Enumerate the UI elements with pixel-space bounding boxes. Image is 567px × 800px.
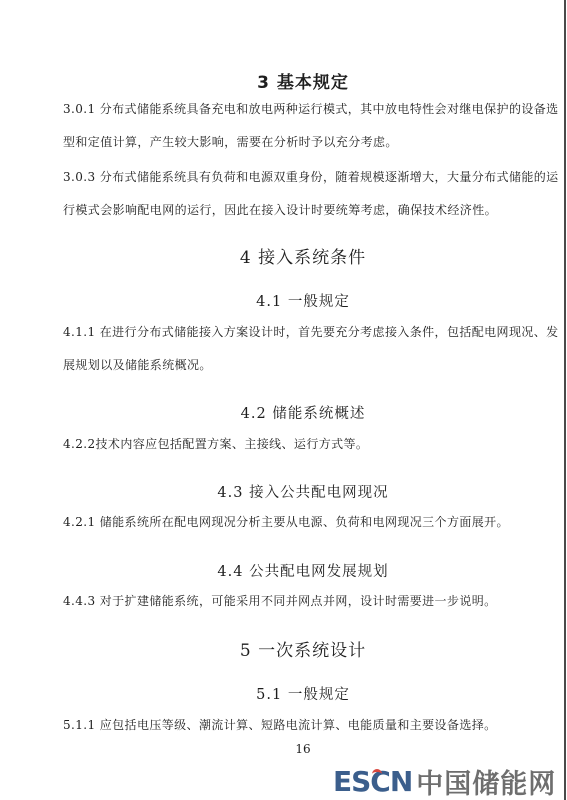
para-4-2-2: 4.2.2技术内容应包括配置方案、主接线、运行方式等。 xyxy=(63,437,523,451)
subsection-4-4-heading: 4.4 公共配电网发展规划 xyxy=(63,560,543,581)
subsection-4-3-heading: 4.3 接入公共配电网现况 xyxy=(63,481,543,502)
para-3-0-3-line2: 行模式会影响配电网的运行，因此在接入设计时要统筹考虑，确保技术经济性。 xyxy=(63,203,523,217)
para-3-0-1-line2: 型和定值计算，产生较大影响，需要在分析时予以充分考虑。 xyxy=(63,135,523,149)
subsection-4-1-heading: 4.1 一般规定 xyxy=(63,290,543,311)
section-4-heading: 4 接入系统条件 xyxy=(63,243,543,268)
para-3-0-3-line1: 3.0.3 分布式储能系统具有负荷和电源双重身份，随着规模逐渐增大，大量分布式储… xyxy=(63,170,523,184)
para-4-4-3: 4.4.3 对于扩建储能系统，可能采用不同并网点并网，设计时需要进一步说明。 xyxy=(63,594,523,608)
logo-cn-text: 中国储能网 xyxy=(416,762,556,800)
para-3-0-1-line1: 3.0.1 分布式储能系统具备充电和放电两种运行模式，其中放电特性会对继电保护的… xyxy=(63,102,523,116)
section-5-heading: 5 一次系统设计 xyxy=(63,636,543,661)
page-number: 16 xyxy=(63,742,543,756)
escn-watermark-logo: ESCN 中国储能网 xyxy=(333,762,556,800)
para-4-2-1: 4.2.1 储能系统所在配电网现况分析主要从电源、负荷和电网现况三个方面展开。 xyxy=(63,515,523,529)
section-3-heading: 3 基本规定 xyxy=(63,68,543,93)
para-4-1-1-line2: 展规划以及储能系统概况。 xyxy=(63,358,523,372)
para-5-1-1: 5.1.1 应包括电压等级、潮流计算、短路电流计算、电能质量和主要设备选择。 xyxy=(63,718,523,732)
logo-en-text: ESCN xyxy=(333,765,412,798)
page-border xyxy=(564,0,566,800)
subsection-5-1-heading: 5.1 一般规定 xyxy=(63,683,543,704)
subsection-4-2-heading: 4.2 储能系统概述 xyxy=(63,402,543,423)
para-4-1-1-line1: 4.1.1 在进行分布式储能接入方案设计时，首先要充分考虑接入条件，包括配电网现… xyxy=(63,325,523,339)
